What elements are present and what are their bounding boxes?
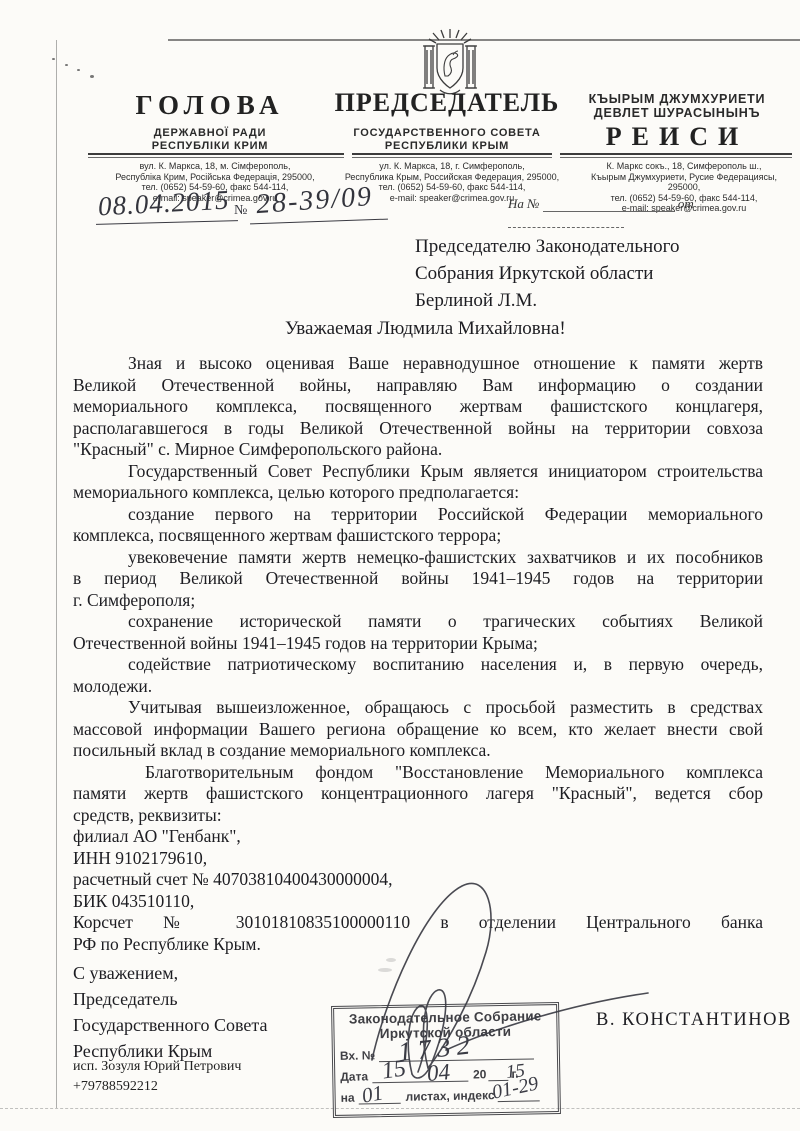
executor-name: исп. Зозуля Юрий Петрович <box>73 1057 241 1077</box>
body-line: содействие патриотическому воспитанию на… <box>73 654 763 676</box>
scan-speck <box>386 958 396 962</box>
outgoing-number-handwritten: 28-39/09 <box>255 181 374 221</box>
signature-scrawl <box>300 860 680 1090</box>
scan-speck <box>77 69 80 71</box>
body-line: памяти жертв фашистского концентрационно… <box>73 783 763 805</box>
scan-speck <box>65 64 68 66</box>
body-line: Зная и высоко оценивая Ваше неравнодушно… <box>73 353 763 375</box>
scan-speck <box>378 968 392 972</box>
body-line: средств, реквизиты: <box>73 805 763 827</box>
closing-line: Председатель <box>73 986 267 1012</box>
letterhead-rule <box>560 153 792 158</box>
outgoing-date-handwritten: 08.04.2015 <box>97 185 230 223</box>
closing-line: Государственного Совета <box>73 1012 267 1038</box>
addressee-block: Председателю Законодательного Собрания И… <box>415 233 680 314</box>
reference-na-label: На № <box>508 196 539 211</box>
letterhead-title-ua: ГОЛОВА <box>70 90 350 121</box>
reference-line: На № от <box>508 196 800 228</box>
addressee-line: Берлиной Л.М. <box>415 287 680 314</box>
closing-block: С уважением, Председатель Государственно… <box>73 960 267 1064</box>
letterhead-title-crh: РЕИСИ <box>558 122 796 152</box>
letterhead-rule <box>88 153 344 158</box>
letterhead-pretitle-crh: КЪЫРЫМ ДЖУМХУРИЕТИ ДЕВЛЕТ ШУРАСЫНЫНЪ <box>558 92 796 120</box>
scan-speck <box>90 75 94 78</box>
closing-line: С уважением, <box>73 960 267 986</box>
addressee-line: Председателю Законодательного <box>415 233 680 260</box>
stamp-sheets-label: листах, индекс <box>405 1088 494 1104</box>
body-line: сохранение исторической памяти о трагиче… <box>73 611 763 633</box>
letterhead-subtitle-ua: ДЕРЖАВНОЇ РАДИ РЕСПУБЛІКИ КРИМ <box>70 127 350 152</box>
body-line: мемориального комплекса, целью которого … <box>73 482 763 504</box>
body-line: комплекса, посвященного жертвам фашистск… <box>73 525 763 547</box>
body-line: создание первого на территории Российско… <box>73 504 763 526</box>
body-line: Государственный Совет Республики Крым яв… <box>73 461 763 483</box>
body-line: Отечественной войны 1941–1945 годов на т… <box>73 633 763 655</box>
salutation: Уважаемая Людмила Михайловна! <box>285 318 566 340</box>
body-line: молодежи. <box>73 676 763 698</box>
scan-edge-left <box>56 40 57 1108</box>
body-line: Благотворительным фондом "Восстановление… <box>73 762 763 784</box>
letterhead-subtitle-ru: ГОСУДАРСТВЕННОГО СОВЕТА РЕСПУБЛИКИ КРЫМ <box>323 127 571 152</box>
addressee-line: Собрания Иркутской области <box>415 260 680 287</box>
reference-ot-label: от <box>678 196 694 211</box>
body-line: Великой Отечественной войны, направляю В… <box>73 375 763 397</box>
body-line: массовой информации Вашего региона обращ… <box>73 719 763 741</box>
outgoing-number-sign: № <box>234 203 247 219</box>
letterhead-rule <box>352 153 552 158</box>
body-line: "Красный" с. Мирное Симферопольского рай… <box>73 439 763 461</box>
body-line: г. Симферополя; <box>73 590 763 612</box>
letterhead-title-ru: ПРЕДСЕДАТЕЛЬ <box>323 88 571 118</box>
stamp-na-label: на <box>341 1091 355 1105</box>
body-line: в период Великой Отечественной войны 194… <box>73 568 763 590</box>
executor-block: исп. Зозуля Юрий Петрович +79788592212 <box>73 1057 241 1096</box>
body-line: увековечение памяти жертв немецко-фашист… <box>73 547 763 569</box>
scan-speck <box>52 58 55 60</box>
body-line: располагавшегося в годы Великой Отечеств… <box>73 418 763 440</box>
body-line: посильный вклад в создание мемориального… <box>73 740 763 762</box>
body-line: мемориального комплекса, посвященного же… <box>73 396 763 418</box>
scan-edge-top <box>168 39 800 41</box>
body-line: Учитывая вышеизложенное, обращаюсь с про… <box>73 697 763 719</box>
executor-phone: +79788592212 <box>73 1077 241 1097</box>
reference-date-blank <box>508 214 624 228</box>
bank-detail-line: филиал АО "Генбанк", <box>73 826 763 848</box>
reference-number-blank <box>543 198 675 212</box>
